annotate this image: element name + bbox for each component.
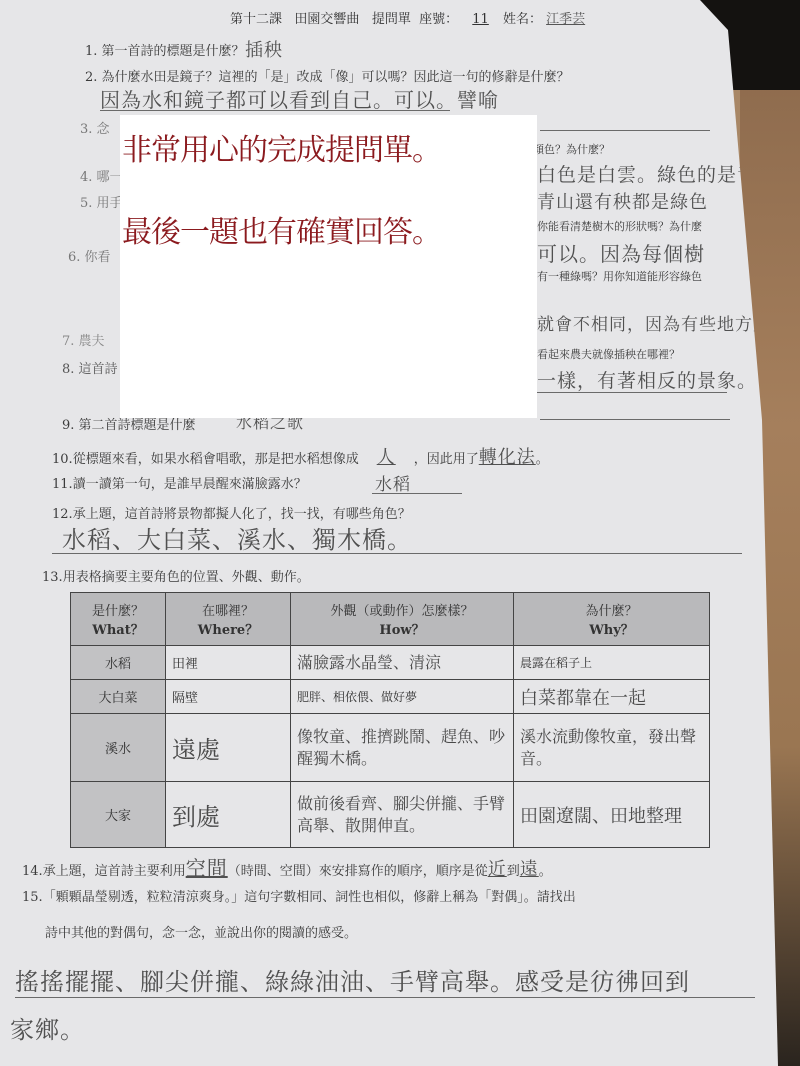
question-number: 14.	[22, 864, 43, 879]
question-text: 第一首詩的標題是什麼？	[102, 44, 245, 59]
table-row: 溪水 遠處 像牧童、推擠跳鬧、趕魚、吵醒獨木橋。 溪水流動像牧童，發出聲音。	[71, 714, 710, 782]
cell-what: 溪水	[71, 714, 166, 782]
table-row: 水稻 田裡 滿臉露水晶瑩、清涼 晨露在稻子上	[71, 646, 710, 680]
question-text: 「顆顆晶瑩剔透，粒粒清涼爽身。」這句字數相同、詞性也相似，修辭上稱為「對偶」。請…	[43, 890, 576, 905]
cell-why: 白菜都靠在一起	[514, 680, 710, 714]
answer-5: 可以。因為每個樹	[537, 238, 705, 267]
question-text: 第二首詩標題是什麼	[79, 418, 196, 433]
question-text-3: 。	[536, 452, 549, 467]
cell-why: 晨露在稻子上	[514, 646, 710, 680]
question-text-2: （時間、空間）來安排寫作的順序，順序是從	[228, 864, 488, 879]
worksheet-header: 第十二課 田園交響曲 提問單 座號： 11 姓名： 江季芸	[230, 8, 585, 27]
question-5-right: 你能看清楚樹木的形狀嗎？為什麼	[537, 218, 702, 234]
answer-line	[540, 419, 730, 420]
answer-12: 水稻、大白菜、溪水、獨木橋。	[62, 520, 412, 555]
name-label: 姓名：	[503, 12, 542, 27]
sheet-type: 提問單	[372, 12, 411, 27]
table-row: 大白菜 隔壁 肥胖、相依偎、做好夢 白菜都靠在一起	[71, 680, 710, 714]
question-7-right: 看起來農夫就像插秧在哪裡？	[537, 346, 680, 362]
comment-line-2: 最後一題也有確實回答。	[122, 207, 441, 251]
question-number: 4.	[80, 170, 92, 185]
blank-3: 遠	[520, 859, 539, 880]
question-13: 13.用表格摘要主要角色的位置、外觀、動作。	[42, 566, 310, 585]
question-number: 1.	[85, 44, 97, 59]
cell-how: 肥胖、相依偎、做好夢	[291, 680, 514, 714]
question-number: 8.	[62, 362, 74, 377]
question-text: 用表格摘要主要角色的位置、外觀、動作。	[63, 570, 310, 585]
answer-5-right: 青山還有秧都是綠色	[537, 188, 708, 214]
header-en: Where？	[172, 619, 284, 638]
header-en: Why？	[520, 619, 703, 638]
lesson-number: 第十二課	[230, 12, 282, 27]
header-where: 在哪裡？Where？	[166, 593, 291, 646]
answer-7: 一樣，有著相反的景象。	[537, 366, 757, 393]
header-what: 是什麼？What？	[71, 593, 166, 646]
question-number: 5.	[80, 196, 92, 211]
answer-15-line2: 家鄉。	[10, 1010, 85, 1045]
question-6: 6. 你看	[68, 246, 111, 265]
header-zh: 是什麼？	[77, 600, 159, 619]
question-number: 9.	[62, 418, 74, 433]
question-4: 4. 哪一	[80, 166, 123, 185]
header-zh: 在哪裡？	[172, 600, 284, 619]
comment-line-1: 非常用心的完成提問單。	[122, 125, 441, 169]
cell-how: 滿臉露水晶瑩、清涼	[291, 646, 514, 680]
summary-table: 是什麼？What？ 在哪裡？Where？ 外觀（或動作）怎麼樣？How？ 為什麼…	[70, 592, 710, 848]
cell-where: 田裡	[166, 646, 291, 680]
header-zh: 外觀（或動作）怎麼樣？	[297, 600, 507, 619]
question-15: 15.「顆顆晶瑩剔透，粒粒清涼爽身。」這句字數相同、詞性也相似，修辭上稱為「對偶…	[22, 886, 576, 905]
cell-why: 溪水流動像牧童，發出聲音。	[514, 714, 710, 782]
question-number: 2.	[85, 70, 97, 85]
question-6-right: 有一種綠嗎？用你知道能形容綠色	[537, 268, 702, 284]
question-14: 14.承上題，這首詩主要利用空間（時間、空間）來安排寫作的順序，順序是從近到遠。	[22, 852, 552, 881]
answer-2: 因為水和鏡子都可以看到自己。可以。譬喻	[100, 84, 499, 113]
answer-line	[52, 553, 742, 554]
question-text: 哪一	[97, 170, 123, 185]
question-text-2: ，因此用了	[414, 452, 479, 467]
question-10: 10.從標題來看，如果水稻會唱歌，那是把水稻想像成人，因此用了轉化法。	[52, 443, 549, 469]
question-text: 你看	[85, 250, 111, 265]
cell-why: 田園遼闊、田地整理	[514, 782, 710, 848]
answer-line	[15, 997, 755, 998]
answer-1: 插秧	[245, 36, 283, 62]
answer-15: 搖搖擺擺、腳尖併攏、綠綠油油、手臂高舉。感受是彷彿回到	[15, 962, 690, 997]
cell-where: 遠處	[166, 714, 291, 782]
teacher-comment-overlay: 非常用心的完成提問單。 最後一題也有確實回答。	[120, 115, 537, 418]
question-number: 11.	[52, 477, 73, 492]
answer-line	[540, 130, 710, 131]
answer-line	[100, 110, 450, 111]
question-7: 7. 農夫	[62, 330, 105, 349]
seat-label: 座號：	[419, 12, 458, 27]
question-number: 10.	[52, 452, 73, 467]
question-text: 農夫	[79, 334, 105, 349]
answer-line	[537, 392, 727, 393]
question-3: 3. 念	[80, 118, 110, 137]
question-number: 13.	[42, 570, 63, 585]
header-why: 為什麼？Why？	[514, 593, 710, 646]
cell-where: 隔壁	[166, 680, 291, 714]
header-zh: 為什麼？	[520, 600, 703, 619]
seat-value: 11	[462, 12, 499, 27]
blank-2: 近	[488, 859, 507, 880]
question-text: 為什麼水田是鏡子？這裡的「是」改成「像」可以嗎？因此這一句的修辭是什麼？	[102, 70, 570, 85]
header-how: 外觀（或動作）怎麼樣？How？	[291, 593, 514, 646]
question-number: 6.	[68, 250, 80, 265]
question-text: 讀一讀第一句，是誰早晨醒來滿臉露水？	[73, 477, 307, 492]
lesson-title: 田園交響曲	[294, 12, 359, 27]
table-header-row: 是什麼？What？ 在哪裡？Where？ 外觀（或動作）怎麼樣？How？ 為什麼…	[71, 593, 710, 646]
answer-line	[372, 493, 462, 494]
blank-1: 人	[359, 447, 414, 468]
cell-how: 做前後看齊、腳尖併攏、手臂高舉、散開伸直。	[291, 782, 514, 848]
question-text: 承上題，這首詩主要利用	[43, 864, 186, 879]
question-text-3: 到	[507, 864, 520, 879]
blank-2: 轉化法	[479, 447, 536, 468]
question-number: 15.	[22, 890, 43, 905]
question-text: 這首詩	[79, 362, 118, 377]
cell-what: 大家	[71, 782, 166, 848]
cell-where: 到處	[166, 782, 291, 848]
question-text: 用手	[97, 196, 123, 211]
answer-11: 水稻	[375, 470, 411, 495]
question-11: 11.讀一讀第一句，是誰早晨醒來滿臉露水？	[52, 473, 307, 492]
cell-what: 水稻	[71, 646, 166, 680]
question-text: 念	[97, 122, 110, 137]
question-number: 7.	[62, 334, 74, 349]
cell-what: 大白菜	[71, 680, 166, 714]
header-en: How？	[297, 619, 507, 638]
question-4-right: 顏色？為什麼？	[533, 141, 610, 157]
question-text: 從標題來看，如果水稻會唱歌，那是把水稻想像成	[73, 452, 359, 467]
header-en: What？	[77, 619, 159, 638]
blank-1: 空間	[186, 856, 228, 880]
cell-how: 像牧童、推擠跳鬧、趕魚、吵醒獨木橋。	[291, 714, 514, 782]
name-value: 江季芸	[546, 12, 585, 27]
question-text-4: 。	[539, 864, 552, 879]
question-15-line2: 詩中其他的對偶句，念一念，並說出你的閱讀的感受。	[45, 922, 357, 941]
question-1: 1. 第一首詩的標題是什麼？	[85, 40, 245, 59]
question-8: 8. 這首詩	[62, 358, 118, 377]
question-number: 3.	[80, 122, 92, 137]
question-5: 5. 用手	[80, 192, 123, 211]
question-2: 2. 為什麼水田是鏡子？這裡的「是」改成「像」可以嗎？因此這一句的修辭是什麼？	[85, 66, 570, 85]
table-row: 大家 到處 做前後看齊、腳尖併攏、手臂高舉、散開伸直。 田園遼闊、田地整理	[71, 782, 710, 848]
